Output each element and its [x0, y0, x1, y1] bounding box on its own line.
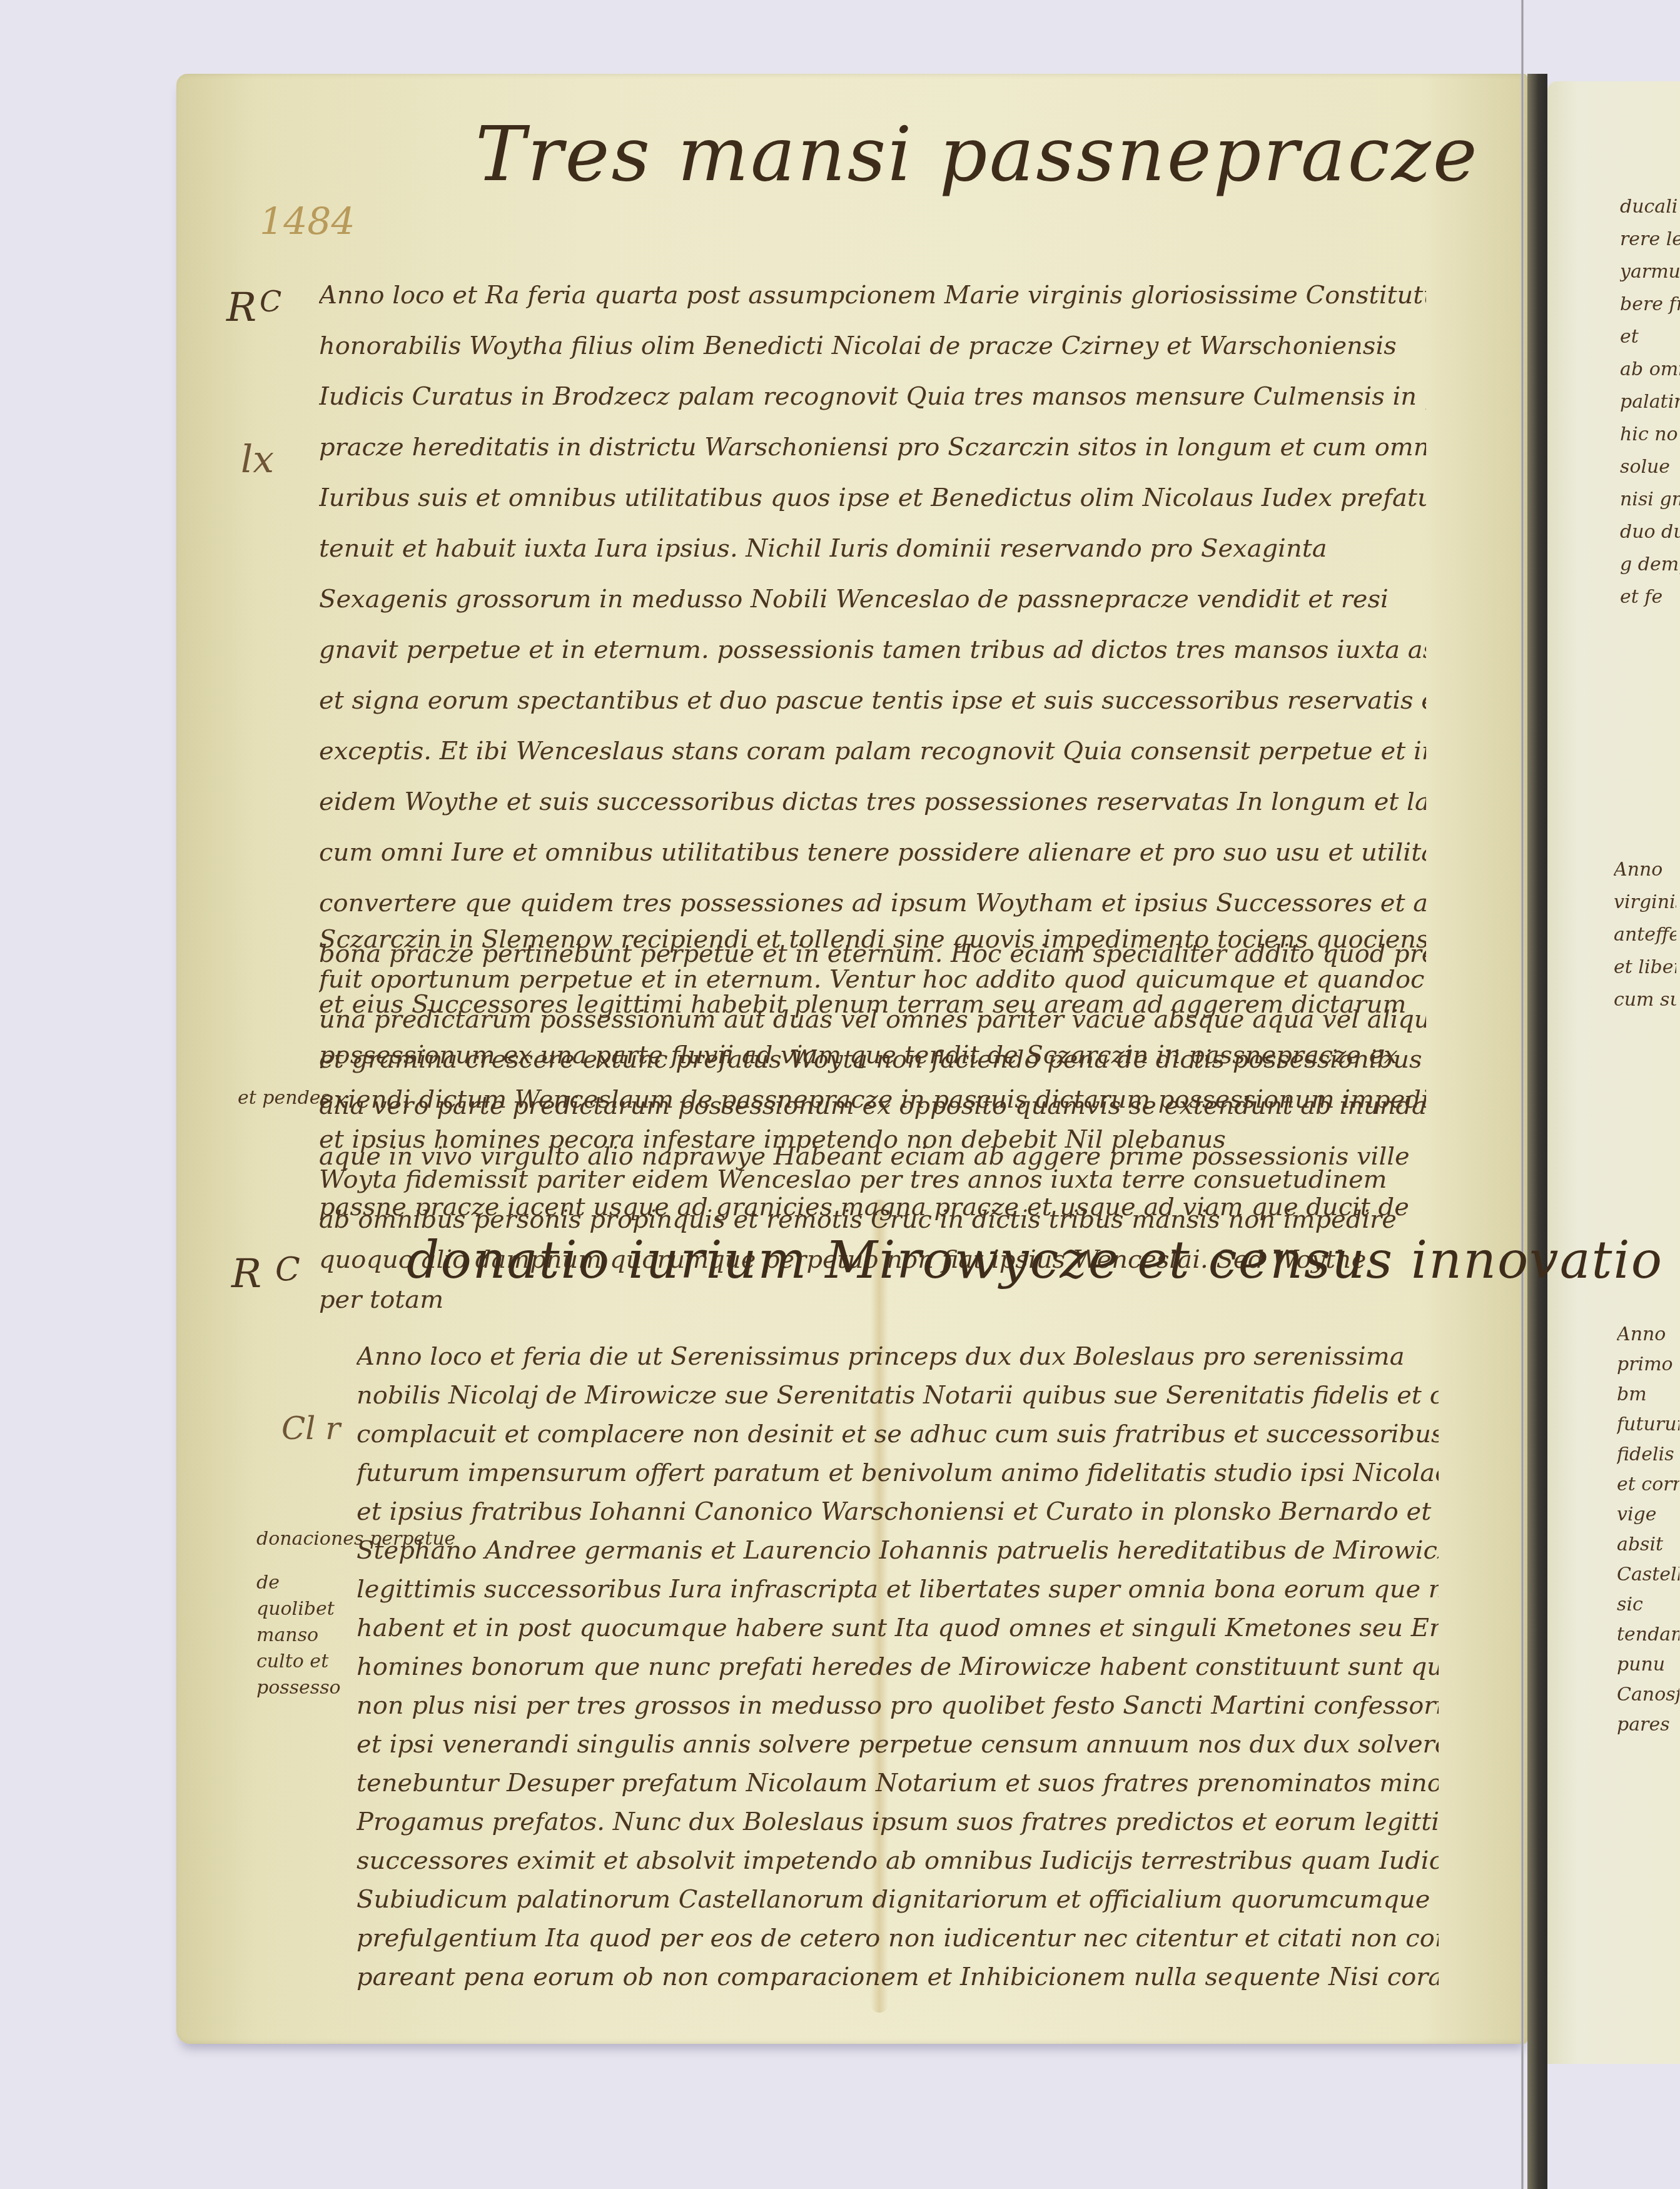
text-line: cum omni Iure et omnibus utilitatibus te… [319, 827, 1426, 878]
text-line: pracze hereditatis in districtu Warschon… [319, 422, 1426, 473]
book-gutter-shadow [1527, 74, 1547, 2189]
text-line: ducali [1620, 191, 1680, 223]
text-line: Woyta fidemissit pariter eidem Wenceslao… [319, 1160, 1426, 1200]
text-line: rere le [1620, 223, 1680, 256]
text-line: et [1620, 321, 1680, 353]
text-line: futurum [1617, 1410, 1679, 1440]
text-line: et corn [1617, 1470, 1679, 1500]
margin-mark-c: C [260, 285, 281, 318]
text-line: et signa eorum spectantibus et duo pascu… [319, 675, 1426, 726]
text-line: g dempn [1620, 549, 1680, 581]
folio-number: 1484 [260, 200, 355, 244]
text-line: bere fres [1620, 288, 1680, 321]
text-line: punu [1617, 1650, 1679, 1680]
right-page-text-low: Anno primo bm futurum fidelis et corn vi… [1617, 1320, 1679, 1740]
text-line: Subiudicum palatinorum Castellanorum dig… [357, 1880, 1439, 1919]
text-line: et fe [1620, 581, 1680, 614]
text-line: sic [1617, 1590, 1679, 1620]
text-line: virginis [1614, 886, 1676, 919]
text-line: Progamus prefatos. Nunc dux Boleslaus ip… [357, 1802, 1439, 1841]
text-line: tenuit et habuit iuxta Iura ipsius. Nich… [319, 523, 1426, 574]
margin-gloss: et pendes [238, 1085, 330, 1111]
text-line: exceptis. Et ibi Wenceslaus stans coram … [319, 726, 1426, 777]
text-line: Iudicis Curatus in Brodzecz palam recogn… [319, 372, 1426, 422]
margin-mark-lx: lx [241, 438, 274, 482]
text-line: Anno [1617, 1320, 1679, 1350]
text-line: fuit oportunum perpetue et in eternum. V… [319, 959, 1426, 999]
text-line: complacuit et complacere non desinit et … [357, 1415, 1439, 1453]
margin-gloss-donaciones: donaciones perpetue [256, 1526, 455, 1552]
text-line: et ipsius homines pecora infestare impet… [319, 1120, 1426, 1160]
text-line: una predictarum possessionum aut duas ve… [319, 999, 1426, 1039]
right-page-text-mid: Anno virginis anteffesto et liber cum su… [1614, 854, 1676, 1016]
text-line: Anno loco et feria die ut Serenissimus p… [357, 1337, 1439, 1376]
right-page-text-top: ducali rere le yarmus bere fres et ab om… [1620, 191, 1680, 614]
text-line: et ipsi venerandi singulis annis solvere… [357, 1725, 1439, 1764]
text-line: Sczarczin in Slemenow recipiendi et toll… [319, 919, 1426, 959]
text-line: nobilis Nicolaj de Mirowicze sue Serenit… [357, 1376, 1439, 1415]
text-line: cum sub [1614, 984, 1676, 1016]
text-line: non plus nisi per tres grossos in meduss… [357, 1686, 1439, 1725]
text-line: futurum impensurum offert paratum et ben… [357, 1453, 1439, 1492]
text-line: Canosfam [1617, 1680, 1679, 1710]
text-line: homines bonorum que nunc prefati heredes… [357, 1647, 1439, 1686]
text-line: bm [1617, 1380, 1679, 1410]
text-line: exiendi dictum Wenceslaum de passnepracz… [319, 1079, 1426, 1120]
text-line: ab omit [1620, 353, 1680, 386]
text-line: prefulgentium Ita quod per eos de cetero… [357, 1919, 1439, 1958]
text-line: absit [1617, 1530, 1679, 1560]
text-line: legittimis successoribus Iura infrascrip… [357, 1570, 1439, 1609]
text-line: habent et in post quocumque habere sunt … [357, 1609, 1439, 1647]
section-heading: donatio iurium Mirowycze et census innov… [407, 1231, 1663, 1290]
text-line: solue [1620, 451, 1680, 483]
margin-mark-c-2: C [275, 1251, 300, 1288]
text-line: honorabilis Woytha filius olim Benedicti… [319, 321, 1426, 372]
text-line: Stephano Andree germanis et Laurencio Io… [357, 1531, 1439, 1570]
text-line: vige [1617, 1500, 1679, 1530]
margin-gloss-manso: de quolibet manso culto et possesso [256, 1570, 350, 1701]
text-line: Sexagenis grossorum in medusso Nobili We… [319, 574, 1426, 625]
text-line: duo du [1620, 516, 1680, 549]
page-title: Tres mansi passnepracze [475, 111, 1479, 198]
book-gutter-line [1521, 0, 1524, 2189]
text-line: tendam [1617, 1620, 1679, 1650]
text-line: fidelis [1617, 1440, 1679, 1470]
text-line: gnavit perpetue et in eternum. possessio… [319, 625, 1426, 675]
text-line: primo [1617, 1350, 1679, 1380]
text-line: tenebuntur Desuper prefatum Nicolaum Not… [357, 1764, 1439, 1802]
text-line: yarmus [1620, 256, 1680, 288]
text-line: et gramina crescere extunc prefatus Woyt… [319, 1039, 1426, 1079]
margin-mark-clr: Cl r [281, 1410, 340, 1447]
text-line: nisi gm [1620, 483, 1680, 516]
text-line: Anno loco et Ra feria quarta post assump… [319, 270, 1426, 321]
margin-mark-r: R [226, 285, 256, 331]
margin-mark-r-2: R [231, 1251, 261, 1297]
text-line: hic no [1620, 418, 1680, 451]
text-line: et ipsius fratribus Iohanni Canonico War… [357, 1492, 1439, 1531]
text-line: Iuribus suis et omnibus utilitatibus quo… [319, 473, 1426, 523]
text-line: successores eximit et absolvit impetendo… [357, 1841, 1439, 1880]
text-line: pares [1617, 1710, 1679, 1740]
text-line: anteffesto [1614, 919, 1676, 951]
text-line: palatini [1620, 386, 1680, 418]
entry-2-text: Anno loco et feria die ut Serenissimus p… [357, 1337, 1439, 1996]
text-line: et liber [1614, 951, 1676, 984]
text-line: Anno [1614, 854, 1676, 886]
text-line: Castellan [1617, 1560, 1679, 1590]
text-line: eidem Woythe et suis successoribus dicta… [319, 777, 1426, 827]
text-line: pareant pena eorum ob non comparacionem … [357, 1958, 1439, 1996]
